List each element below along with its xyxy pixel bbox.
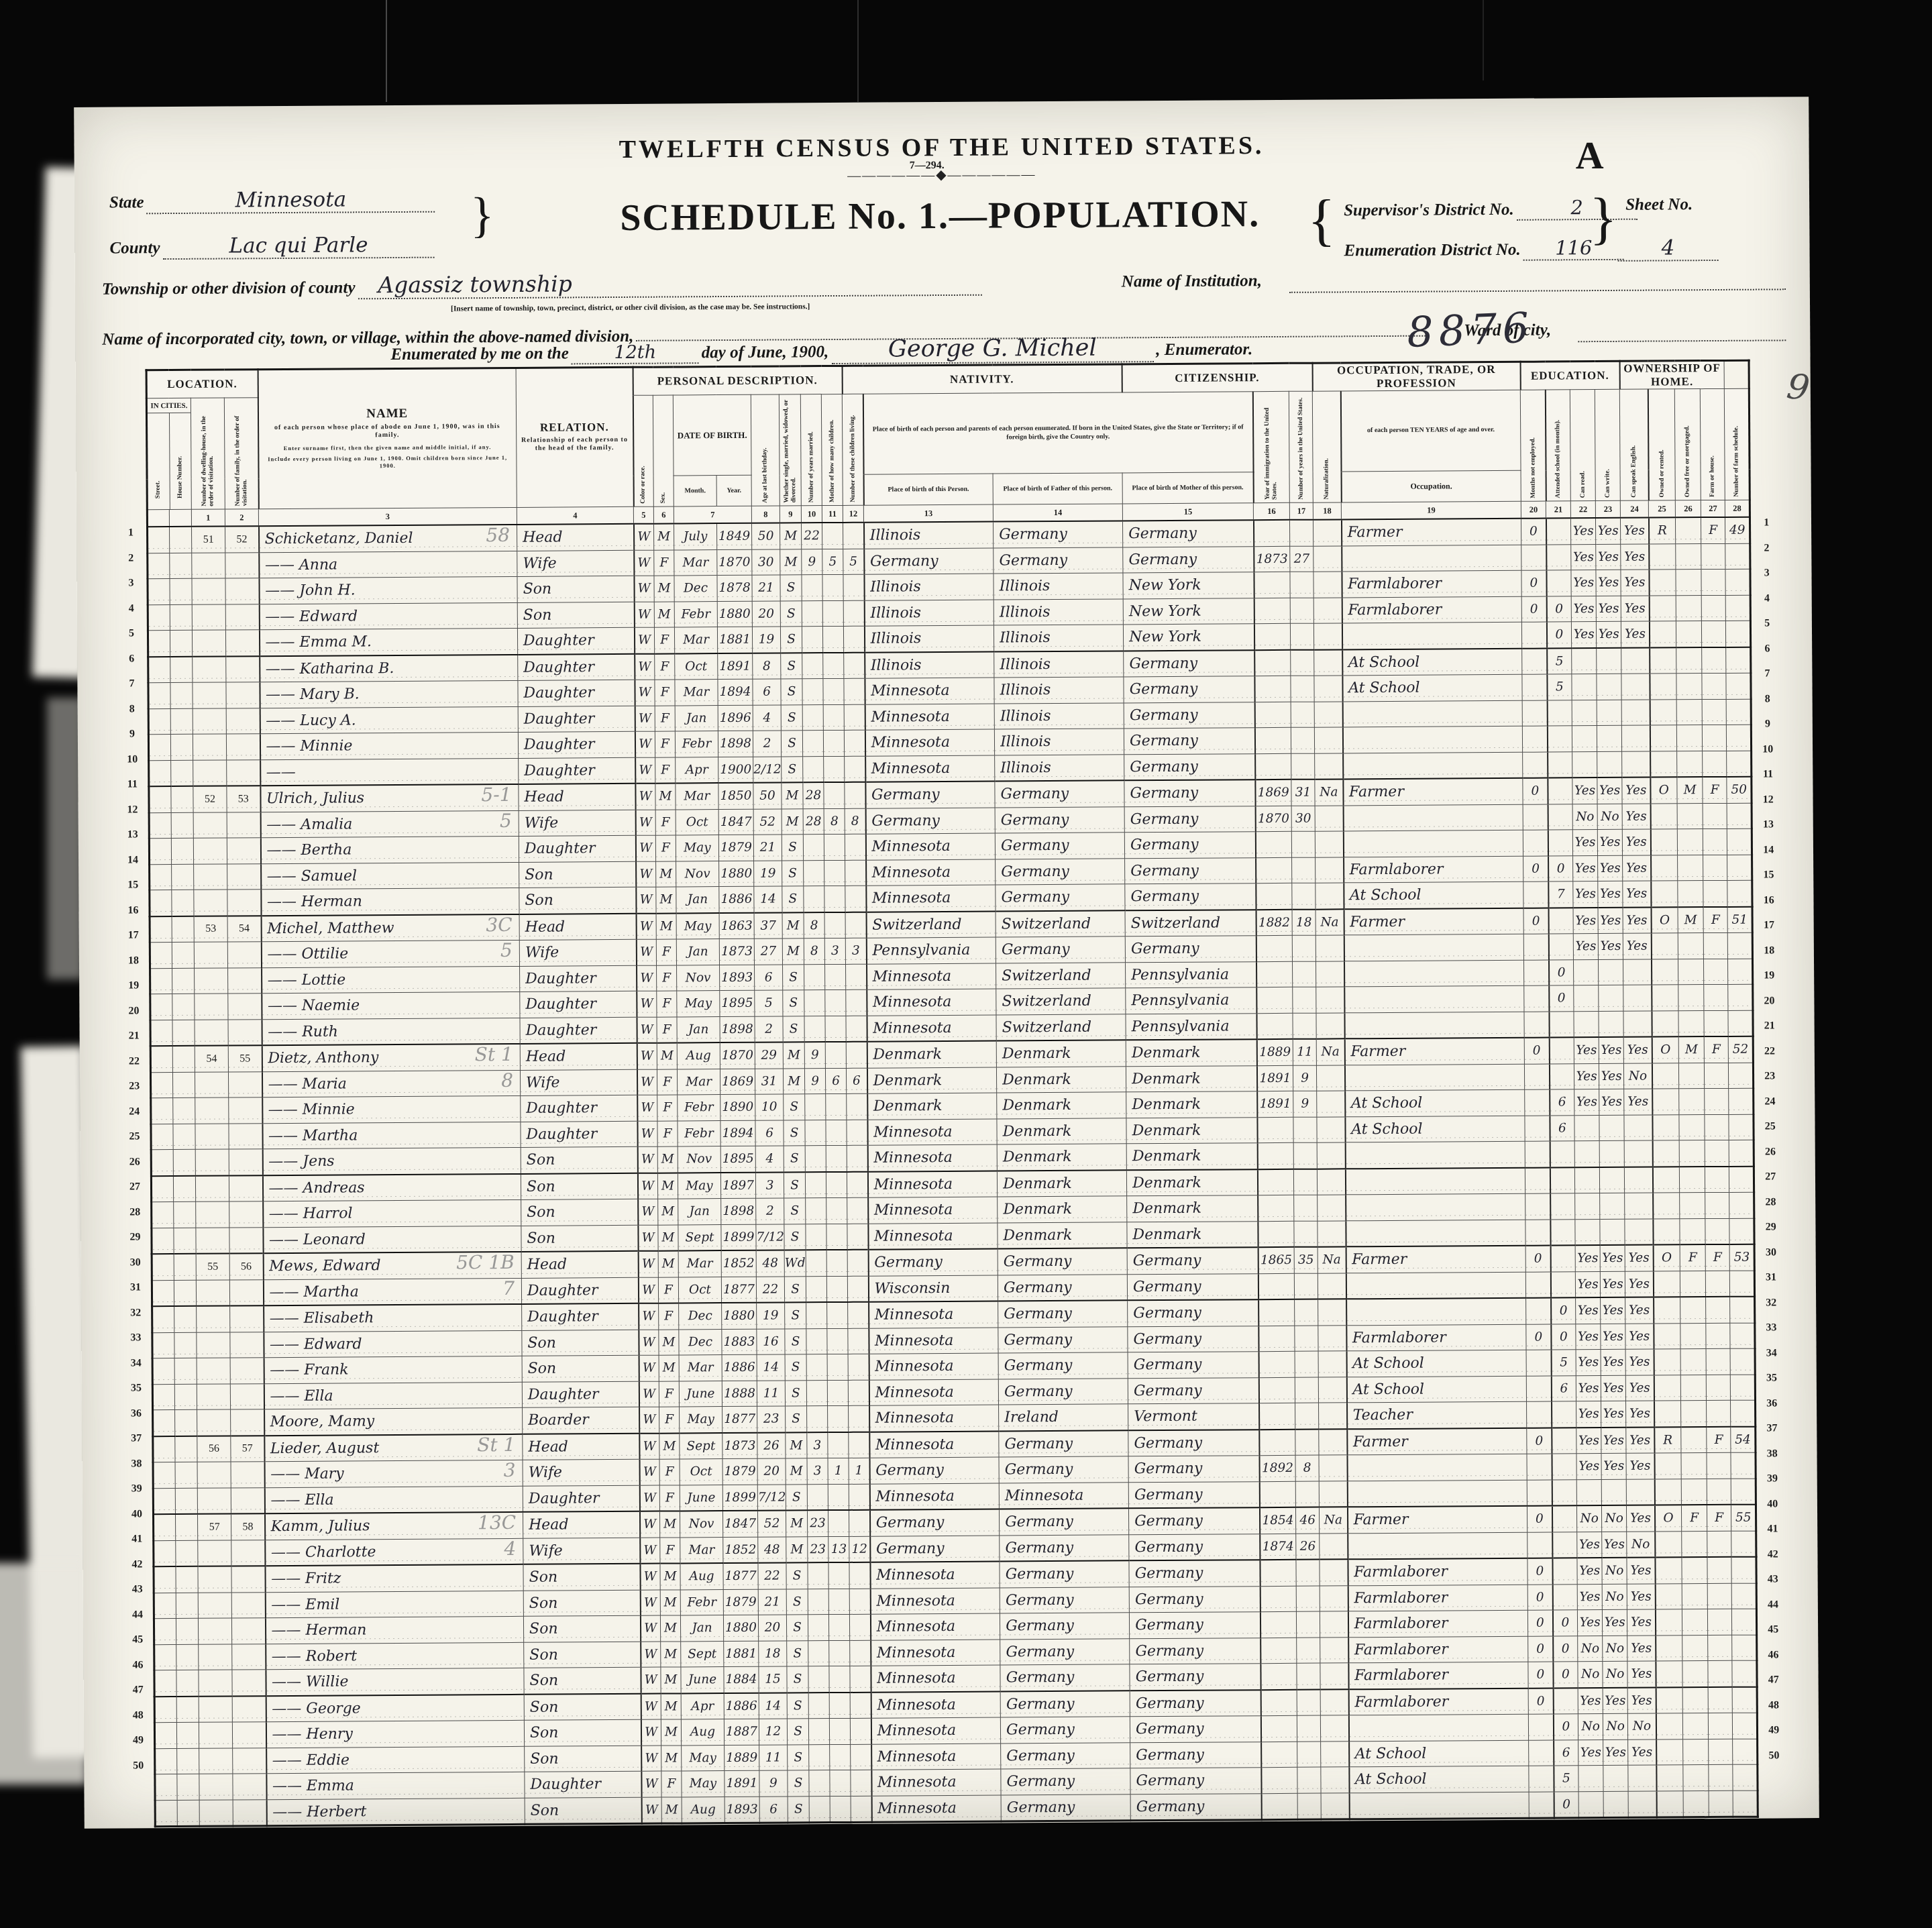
birth-month-cell: May xyxy=(676,835,718,861)
house-number-cell xyxy=(170,708,193,735)
race-cell: W xyxy=(635,835,655,861)
sex-cell: M xyxy=(660,1615,680,1642)
months-not-employed-cell: 0 xyxy=(1528,1610,1553,1636)
birth-year-cell: 1896 xyxy=(718,705,753,731)
attended-school-cell: 7 xyxy=(1548,881,1573,908)
birth-month-cell: Mar xyxy=(676,783,718,809)
person-name: —— Edward xyxy=(265,608,358,625)
sex-cell: F xyxy=(657,1016,677,1042)
line-number: 38 xyxy=(121,1451,152,1477)
owned-rented-cell xyxy=(1655,1531,1682,1557)
pob-father-cell: Illinois xyxy=(994,625,1124,651)
line-number: 5 xyxy=(116,621,147,646)
months-not-employed-cell xyxy=(1529,1766,1554,1792)
owned-rented-cell xyxy=(1656,1739,1683,1765)
birth-year-cell: 1877 xyxy=(721,1277,756,1303)
children-living-cell xyxy=(849,1484,869,1510)
farm-house-cell xyxy=(1703,855,1727,881)
pob-person-cell: Minnesota xyxy=(866,885,996,912)
months-not-employed-cell xyxy=(1524,985,1549,1012)
house-number-cell xyxy=(172,916,194,942)
dwelling-number-cell: 54 xyxy=(195,1046,228,1072)
immigration-year-cell xyxy=(1256,883,1292,909)
birth-year-cell: 1890 xyxy=(720,1094,755,1120)
age-cell: 26 xyxy=(757,1432,786,1458)
can-speak-english-cell: Yes xyxy=(1626,1453,1654,1479)
can-speak-english-cell xyxy=(1625,1219,1653,1245)
street-cell xyxy=(153,1436,175,1462)
birth-month-cell: Nov xyxy=(677,965,720,991)
birth-year-cell: 1891 xyxy=(724,1770,759,1797)
family-number-cell xyxy=(225,604,259,630)
street-cell xyxy=(154,1697,176,1723)
dwelling-number-cell xyxy=(194,942,227,968)
years-us-label: Number of years in the United States. xyxy=(1289,391,1313,502)
mother-of-cell xyxy=(824,886,845,912)
street-cell xyxy=(150,916,172,943)
years-married-cell xyxy=(804,860,824,886)
state-county-brace: } xyxy=(470,191,494,240)
line-number: 24 xyxy=(119,1099,150,1124)
farm-house-cell xyxy=(1704,984,1728,1010)
farm-schedule-cell xyxy=(1732,1660,1757,1686)
relation-cell: Daughter xyxy=(521,1121,637,1148)
pob-father-cell: Switzerland xyxy=(996,962,1126,989)
months-not-employed-cell: 0 xyxy=(1521,570,1546,596)
race-cell: W xyxy=(633,524,653,550)
relation-cell: Head xyxy=(520,1043,637,1070)
sex-cell: F xyxy=(654,627,674,653)
race-cell: W xyxy=(634,627,654,653)
can-speak-english-cell xyxy=(1623,1011,1652,1037)
can-read-cell xyxy=(1574,1141,1599,1167)
farm-house-cell xyxy=(1702,647,1726,673)
farm-house-cell xyxy=(1701,595,1725,621)
can-read-cell: Yes xyxy=(1575,1271,1600,1297)
family-number-cell: 58 xyxy=(231,1513,264,1540)
line-number: 50 xyxy=(123,1753,154,1778)
county-value: Lac qui Parle xyxy=(229,233,368,258)
can-read-cell: Yes xyxy=(1573,934,1598,960)
family-number-cell xyxy=(229,1175,262,1201)
marital-cell: S xyxy=(787,1666,808,1693)
family-number-cell xyxy=(228,994,262,1020)
can-write-cell: Yes xyxy=(1596,570,1621,596)
mother-of-cell xyxy=(827,1328,848,1354)
owned-rented-cell xyxy=(1652,1010,1678,1036)
dwelling-number-cell xyxy=(195,1020,228,1046)
line-number: 21 xyxy=(1754,1013,1785,1038)
years-in-us-cell xyxy=(1295,1299,1318,1326)
marital-cell: S xyxy=(780,575,802,601)
can-read-cell xyxy=(1575,1167,1600,1193)
farm-house-cell xyxy=(1703,880,1727,906)
years-in-us-cell xyxy=(1291,831,1315,857)
farm-schedule-cell xyxy=(1731,1400,1756,1426)
section-personal: PERSONAL DESCRIPTION. xyxy=(633,366,842,395)
dwelling-number-cell xyxy=(197,1409,231,1436)
farm-schedule-cell xyxy=(1730,1271,1755,1297)
marital-cell: M xyxy=(780,549,802,575)
can-write-cell: Yes xyxy=(1599,1037,1623,1063)
farm-house-cell: F xyxy=(1703,777,1727,803)
birth-month-cell: Sept xyxy=(678,1224,721,1250)
years-in-us-cell: 18 xyxy=(1292,909,1316,935)
relation-cell: Son xyxy=(519,887,636,914)
months-not-employed-cell xyxy=(1525,1089,1550,1116)
years-married-cell xyxy=(804,964,825,990)
family-number-cell xyxy=(229,1279,263,1305)
dwelling-number-cell xyxy=(193,682,226,708)
family-number-cell xyxy=(229,1123,262,1149)
owned-free-cell xyxy=(1681,1453,1707,1479)
owned-rented-cell xyxy=(1654,1453,1681,1479)
pob-person-cell: Minnesota xyxy=(867,1171,997,1197)
naturalization-cell xyxy=(1320,1637,1348,1663)
person-name: —— Ella xyxy=(270,1491,333,1509)
pob-mother-cell: Denmark xyxy=(1126,1039,1256,1066)
dwelling-number-cell xyxy=(195,1097,229,1124)
name-cell: Michel, Matthew3C xyxy=(261,914,519,941)
attended-school-cell xyxy=(1552,1558,1577,1584)
years-married-cell xyxy=(803,756,824,782)
pob-person-cell: Minnesota xyxy=(871,1640,1000,1666)
line-number: 3 xyxy=(115,570,146,596)
can-write-cell: Yes xyxy=(1597,778,1622,804)
line-number: 32 xyxy=(1756,1290,1786,1316)
street-cell xyxy=(154,1593,176,1619)
person-name: —— George xyxy=(272,1700,361,1717)
column-number: 10 xyxy=(801,506,822,523)
street-cell xyxy=(150,1072,172,1098)
owned-rented-cell: O xyxy=(1652,1036,1678,1063)
name-desc-1: of each person whose place of abode on J… xyxy=(259,420,517,442)
pencil-annotation: 4 xyxy=(504,1538,516,1560)
farm-house-cell xyxy=(1703,751,1727,777)
person-name: Kamm, Julius xyxy=(271,1518,370,1536)
pob-mother-cell: Germany xyxy=(1125,883,1256,910)
immigration-year-cell: 1854 xyxy=(1260,1507,1296,1534)
years-married-cell xyxy=(805,1172,826,1198)
owned-rented-cell xyxy=(1652,985,1678,1011)
dwelling-number-cell xyxy=(197,1332,230,1358)
sex-cell: M xyxy=(661,1797,682,1823)
house-number-cell xyxy=(174,1254,196,1280)
dwelling-number-cell xyxy=(195,1175,229,1201)
farm-schedule-cell xyxy=(1731,1452,1756,1479)
immigration-year-cell xyxy=(1254,649,1291,676)
marital-cell: M xyxy=(780,523,801,549)
farm-schedule-cell xyxy=(1727,880,1752,906)
relation-cell: Wife xyxy=(519,939,636,966)
person-name: —— Lottie xyxy=(268,971,346,989)
marital-cell: S xyxy=(783,990,804,1016)
years-in-us-cell xyxy=(1293,1117,1317,1143)
section-occupation: OCCUPATION, TRADE, OR PROFESSION xyxy=(1312,362,1520,391)
pencil-annotation: 3C xyxy=(486,914,512,935)
occupation-cell xyxy=(1343,752,1523,780)
line-number: 13 xyxy=(1753,812,1784,837)
years-married-cell xyxy=(806,1302,827,1328)
street-cell xyxy=(148,708,170,735)
pob-mother-cell: Germany xyxy=(1129,1534,1260,1560)
column-number: 17 xyxy=(1289,502,1313,520)
farm-schedule-cell xyxy=(1731,1531,1756,1557)
attended-school-cell xyxy=(1550,1245,1575,1271)
line-number: 23 xyxy=(119,1073,150,1099)
dwelling-number-cell xyxy=(198,1593,231,1619)
dwelling-number-cell xyxy=(199,1722,232,1748)
owned-free-cell xyxy=(1681,1401,1707,1427)
line-number: 40 xyxy=(121,1501,152,1527)
pob-person-cell: Denmark xyxy=(867,1067,997,1094)
farm-house-cell xyxy=(1705,1063,1729,1089)
can-read-cell: Yes xyxy=(1577,1584,1602,1610)
farm-schedule-cell xyxy=(1733,1764,1758,1790)
birth-month-cell: May xyxy=(682,1745,724,1771)
owned-rented-cell xyxy=(1656,1661,1682,1687)
owned-rented-cell xyxy=(1656,1765,1683,1791)
can-write-cell: Yes xyxy=(1600,1271,1625,1297)
line-number: 28 xyxy=(119,1199,150,1225)
line-number: 30 xyxy=(1756,1240,1786,1265)
birth-year-cell: 1893 xyxy=(720,965,755,991)
years-married-cell xyxy=(802,679,823,705)
mother-of-cell xyxy=(826,1093,847,1120)
pob-person-cell: Illinois xyxy=(864,574,994,600)
owned-rented-cell xyxy=(1653,1167,1680,1193)
name-cell: —— Fritz xyxy=(265,1564,523,1592)
farm-schedule-cell xyxy=(1727,932,1752,959)
years-married-cell: 3 xyxy=(807,1458,828,1485)
dwelling-number-cell xyxy=(199,1644,232,1670)
name-cell: —— Andreas xyxy=(262,1173,521,1201)
relation-cell: Wife xyxy=(517,550,634,577)
years-in-us-cell: 31 xyxy=(1291,780,1315,806)
months-not-employed-cell: 0 xyxy=(1528,1662,1553,1688)
occupation-cell xyxy=(1348,1532,1527,1560)
farm-schedule-cell xyxy=(1727,725,1752,751)
relation-cell: Daughter xyxy=(520,965,637,992)
children-living-cell xyxy=(845,834,865,860)
dwelling-number-cell xyxy=(197,1384,230,1410)
marital-cell: S xyxy=(784,1224,806,1250)
immigration-year-cell xyxy=(1254,598,1290,624)
children-living-cell: 5 xyxy=(843,549,864,575)
column-number: 27 xyxy=(1701,500,1725,517)
birth-year-cell: 1899 xyxy=(721,1224,756,1250)
can-speak-english-cell xyxy=(1623,959,1652,985)
occupation-cell: Farmer xyxy=(1348,1506,1527,1534)
months-not-employed-cell: 0 xyxy=(1527,1428,1552,1454)
house-number-cell xyxy=(174,1384,197,1410)
pob-person-cell: Minnesota xyxy=(869,1301,998,1328)
pob-person-cell: Minnesota xyxy=(871,1717,1000,1744)
owned-free-cell xyxy=(1682,1661,1708,1687)
person-name: —— Willie xyxy=(272,1674,349,1691)
can-write-cell: No xyxy=(1597,804,1622,830)
sex-cell: M xyxy=(661,1719,681,1746)
can-speak-english-cell: Yes xyxy=(1621,570,1649,596)
age-cell: 4 xyxy=(753,705,781,731)
district-brace-left: { xyxy=(1307,191,1336,248)
pob-father-cell: Germany xyxy=(999,1430,1128,1457)
age-cell: 30 xyxy=(752,549,780,576)
pob-father-cell: Illinois xyxy=(994,677,1124,704)
owned-free-cell xyxy=(1679,1063,1705,1089)
pob-person-cell: Illinois xyxy=(864,522,994,549)
can-speak-english-cell: No xyxy=(1627,1532,1655,1558)
pob-person-cell: Germany xyxy=(865,808,995,835)
person-name: Moore, Mamy xyxy=(270,1413,375,1430)
dwelling-number-cell xyxy=(197,1306,230,1332)
pob-father-cell: Germany xyxy=(1000,1664,1130,1691)
name-cell: —— Herman xyxy=(261,888,519,915)
sex-cell: M xyxy=(654,601,674,627)
children-living-cell xyxy=(848,1302,869,1328)
can-read-cell: Yes xyxy=(1576,1401,1601,1428)
immigration-year-cell xyxy=(1258,1351,1295,1377)
months-not-employed-cell xyxy=(1526,1298,1551,1324)
immigration-year-cell xyxy=(1258,1377,1295,1403)
can-read-cell: Yes xyxy=(1571,544,1596,570)
attended-school-cell xyxy=(1552,1428,1576,1454)
owned-free-cell xyxy=(1682,1583,1707,1609)
years-married-cell xyxy=(805,1146,826,1172)
can-read-cell: Yes xyxy=(1575,1245,1600,1271)
attended-school-cell xyxy=(1550,1063,1574,1089)
marital-cell: S xyxy=(784,1172,805,1198)
owned-free-cell xyxy=(1683,1765,1709,1791)
street-cell xyxy=(152,1306,174,1332)
farm-house-cell xyxy=(1701,569,1725,595)
naturalization-cell xyxy=(1320,1611,1348,1638)
age-cell: 12 xyxy=(759,1719,787,1745)
children-living-cell xyxy=(850,1614,871,1640)
column-number xyxy=(169,509,191,527)
house-number-cell xyxy=(174,1306,197,1332)
film-scratch-3 xyxy=(1483,0,1484,81)
birth-month-cell: May xyxy=(676,913,719,939)
occupation-cell xyxy=(1345,1141,1525,1169)
pob-father-cell: Illinois xyxy=(994,729,1124,755)
owned-rented-cell xyxy=(1652,959,1678,985)
pob-person-cell: Minnesota xyxy=(865,678,994,704)
dwelling-number-cell xyxy=(195,994,228,1020)
birth-month-cell: May xyxy=(680,1407,722,1433)
immigration-year-cell xyxy=(1256,1013,1293,1039)
dwelling-number-cell xyxy=(194,890,227,916)
family-number-cell xyxy=(227,890,261,916)
line-number: 48 xyxy=(1758,1693,1789,1718)
owned-free-cell: M xyxy=(1677,777,1703,803)
race-cell: W xyxy=(639,1485,659,1511)
line-number: 30 xyxy=(120,1250,151,1275)
naturalization-cell xyxy=(1317,1142,1345,1169)
pob-person-cell: Minnesota xyxy=(869,1353,998,1380)
years-married-cell xyxy=(806,1250,826,1276)
can-read-cell: Yes xyxy=(1574,1037,1599,1063)
birth-month-cell: Dec xyxy=(674,576,717,602)
column-number: 12 xyxy=(843,505,863,523)
line-number: 22 xyxy=(119,1049,150,1074)
naturalization-cell xyxy=(1321,1741,1349,1767)
owned-free-cell xyxy=(1680,1167,1705,1193)
occupation-cell xyxy=(1345,1167,1525,1195)
birth-year-cell: 1873 xyxy=(722,1432,757,1458)
person-name: —— Lucy A. xyxy=(266,712,356,729)
can-write-cell xyxy=(1597,700,1621,726)
years-married-cell xyxy=(806,1354,827,1381)
family-number-cell xyxy=(226,734,260,760)
person-name: —— Edward xyxy=(270,1336,362,1353)
pencil-annotation: 8 xyxy=(501,1070,513,1091)
house-number-cell xyxy=(170,630,192,656)
line-number: 8 xyxy=(1752,686,1783,712)
census-table: LOCATION. NAME of each person whose plac… xyxy=(146,360,1759,1828)
street-cell xyxy=(148,657,170,683)
owned-rented-cell xyxy=(1652,1089,1679,1115)
street-cell xyxy=(151,1098,173,1124)
line-number: 16 xyxy=(117,898,148,923)
months-not-employed-cell xyxy=(1523,881,1548,908)
name-cell: —— Robert xyxy=(266,1642,524,1670)
can-speak-english-cell xyxy=(1621,674,1650,700)
sex-cell: M xyxy=(661,1641,681,1667)
race-cell: W xyxy=(634,576,654,602)
years-married-cell xyxy=(805,1094,826,1120)
can-speak-english-cell xyxy=(1621,647,1650,674)
attended-school-cell xyxy=(1552,1584,1577,1610)
farm-house-cell: F xyxy=(1707,1426,1731,1452)
relation-cell: Son xyxy=(521,1146,637,1173)
birth-year-cell: 1852 xyxy=(721,1250,756,1277)
relation-cell: Daughter xyxy=(520,1017,637,1044)
owned-rented-cell xyxy=(1654,1375,1680,1401)
pob-father-cell: Denmark xyxy=(998,1222,1127,1248)
naturalization-cell xyxy=(1315,805,1343,831)
pob-person-cell: Minnesota xyxy=(866,859,996,886)
dwelling-number-cell xyxy=(192,553,225,579)
house-number-cell xyxy=(175,1409,197,1436)
marital-cell: S xyxy=(788,1796,809,1823)
house-number-cell xyxy=(170,734,193,760)
line-number: 46 xyxy=(122,1652,153,1678)
mother-of-cell: 6 xyxy=(825,1068,846,1094)
occupation-cell xyxy=(1342,545,1521,572)
birth-year-cell: 1880 xyxy=(717,601,752,627)
can-read-cell: Yes xyxy=(1578,1688,1603,1714)
pob-person-cell: Germany xyxy=(864,548,994,575)
mother-of-cell xyxy=(826,1224,847,1250)
immigration-year-cell xyxy=(1258,1195,1294,1221)
section-education: EDUCATION. xyxy=(1520,361,1619,390)
attended-school-cell xyxy=(1548,934,1573,960)
occupation-cell xyxy=(1349,1792,1529,1819)
line-number: 19 xyxy=(118,973,149,998)
column-number: 7 xyxy=(674,506,751,523)
children-living-cell: 1 xyxy=(849,1458,869,1484)
birth-month-cell: Apr xyxy=(676,757,718,783)
mother-of-cell xyxy=(826,1120,847,1146)
nativity-desc: Place of birth of each person and parent… xyxy=(863,392,1253,475)
pob-person-cell: Minnesota xyxy=(867,1144,997,1171)
naturalization-cell xyxy=(1313,597,1342,623)
naturalization-cell xyxy=(1318,1325,1346,1351)
birth-month-cell: Febr xyxy=(678,1120,720,1146)
age-cell: 6 xyxy=(759,1796,788,1823)
birth-year-cell: 1873 xyxy=(719,939,754,965)
